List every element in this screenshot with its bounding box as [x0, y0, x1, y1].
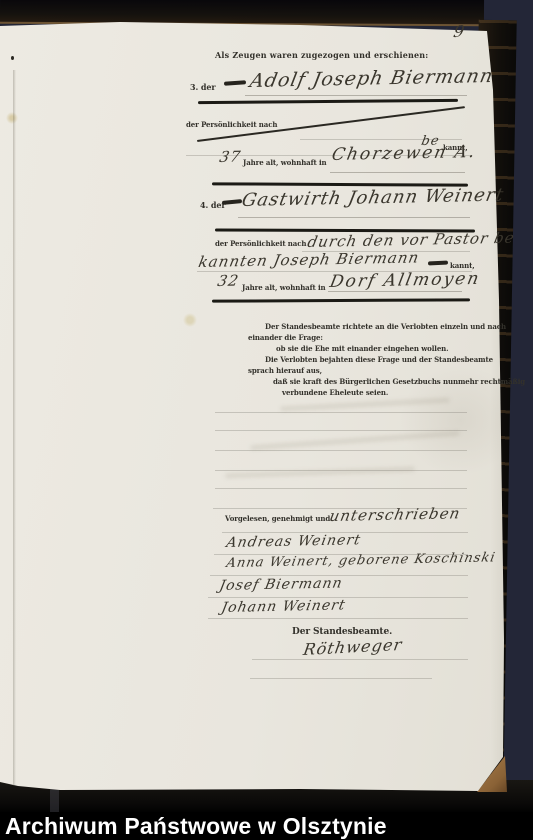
- declaration-line-6: daß sie kraft des Bürgerlichen Gesetzbuc…: [273, 377, 525, 386]
- witness4-persoenlichkeit-label: der Persönlichkeit nach: [215, 239, 306, 248]
- declaration-line-2: einander die Frage:: [248, 333, 323, 342]
- ink-rule: [252, 659, 468, 660]
- ink-rule: [330, 172, 465, 173]
- declaration-line-1: Der Standesbeamte richtete an die Verlob…: [265, 322, 506, 331]
- witness4-age-label: Jahre alt, wohnhaft in: [242, 283, 326, 292]
- page-crease: [13, 70, 16, 786]
- archive-caption-bar: Archiwum Państwowe w Olsztynie: [0, 812, 533, 840]
- vorgelesen-label: Vorgelesen, genehmigt und: [225, 514, 330, 523]
- archive-caption-text: Archiwum Państwowe w Olsztynie: [0, 813, 387, 840]
- signature-handwriting-3: Josef Biermann: [218, 575, 344, 594]
- archival-scan-view: { "archive_bar": { "label": "Archiwum Pa…: [0, 0, 533, 840]
- witness4-age-handwriting: 32: [216, 272, 241, 290]
- ink-speck: [11, 56, 14, 60]
- ink-rule: [208, 618, 468, 619]
- declaration-line-3: ob sie die Ehe mit einander eingehen wol…: [276, 344, 449, 353]
- witness4-residence-handwriting: Dorf Allmoyen: [328, 269, 482, 292]
- blank-rule: [215, 488, 467, 489]
- witness3-age-handwriting: 37: [218, 148, 243, 166]
- declaration-line-5: sprach hierauf aus,: [248, 366, 322, 375]
- signature-handwriting-4: Johann Weinert: [220, 597, 347, 616]
- witness3-residence-handwriting: Chorzewen A.: [330, 142, 478, 165]
- witness-heading: Als Zeugen waren zugezogen und erschiene…: [215, 50, 428, 60]
- witness3-age-label: Jahre alt, wohnhaft in: [243, 158, 327, 167]
- declaration-line-4: Die Verlobten bejahten diese Frage und d…: [265, 355, 493, 364]
- signature-handwriting-1: Andreas Weinert: [225, 532, 362, 551]
- ink-rule: [250, 678, 432, 679]
- ink-rule: [245, 95, 467, 96]
- unterschrieben-handwriting: unterschrieben: [328, 504, 462, 525]
- book-cover-top: [0, 0, 484, 26]
- blank-rule: [215, 430, 467, 431]
- ink-rule: [238, 217, 470, 218]
- blank-rule: [215, 412, 467, 413]
- witness3-prefix: 3. der: [190, 82, 215, 92]
- declaration-line-7: verbundene Eheleute seien.: [282, 388, 388, 397]
- ink-rule: [328, 291, 462, 292]
- witness3-persoenlichkeit-label: der Persönlichkeit nach: [186, 120, 277, 129]
